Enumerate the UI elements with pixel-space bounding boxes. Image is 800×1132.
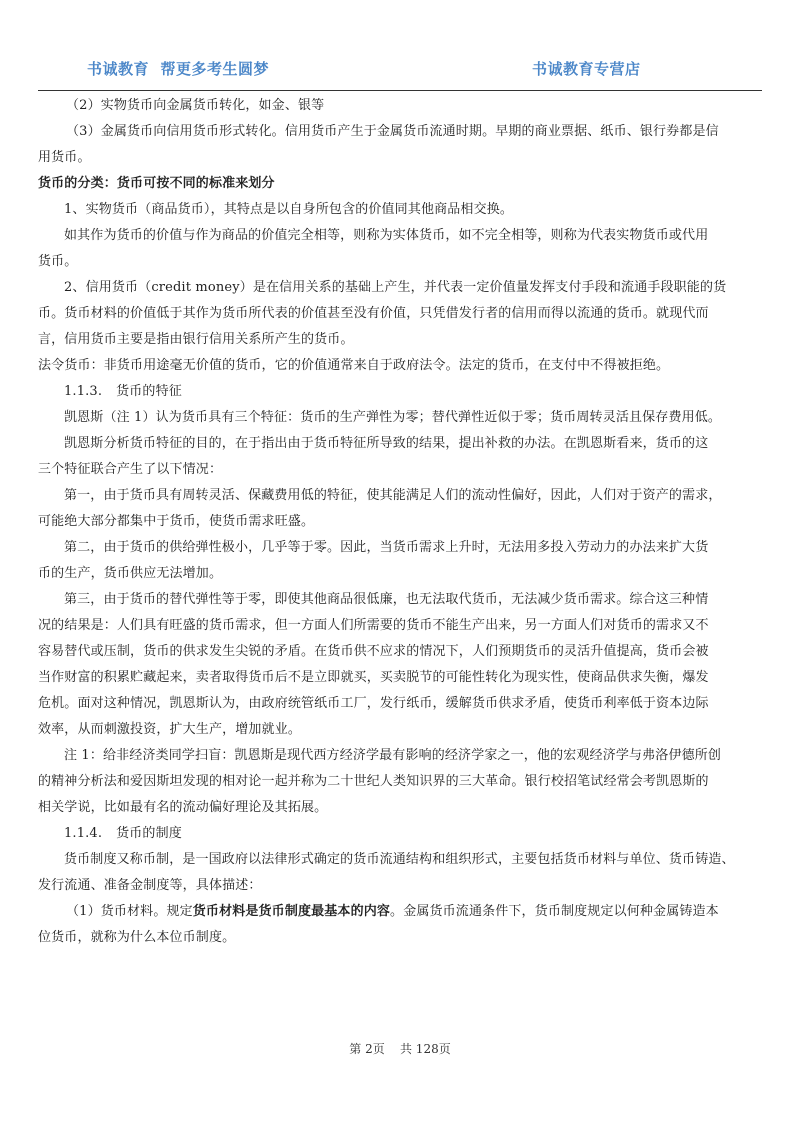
paragraph-note-1-line-3: 相关学说，比如最有名的流动偏好理论及其拓展。 [38, 795, 762, 821]
paragraph-first-line-2: 可能绝大部分都集中于货币，使货币需求旺盛。 [38, 509, 762, 535]
section-heading-1-1-4: 1.1.4.货币的制度 [38, 821, 762, 847]
section-title: 货币的制度 [116, 826, 182, 841]
section-number: 1.1.3. [64, 384, 102, 399]
paragraph-commodity-money: 1、实物货币（商品货币），其特点是以自身所包含的价值同其他商品相交换。 [38, 197, 762, 223]
paragraph-credit-conversion-line-1: （3）金属货币向信用货币形式转化。信用货币产生于金属货币流通时期。早期的商业票据… [38, 119, 762, 145]
header-slogan: 书诚教育 帮更多考生圆梦 [87, 58, 269, 79]
paragraph-third-line-2: 况的结果是：人们具有旺盛的货币需求，但一方面人们所需要的货币不能生产出来，另一方… [38, 613, 762, 639]
text-run: （1）货币材料。规定 [66, 904, 193, 919]
heading-money-classification: 货币的分类：货币可按不同的标准来划分 [38, 171, 762, 197]
page-header: 书诚教育 帮更多考生圆梦 书诚教育专营店 [38, 56, 762, 92]
paragraph-first-line-1: 第一，由于货币具有周转灵活、保藏费用低的特征，使其能满足人们的流动性偏好，因此，… [38, 483, 762, 509]
text-run: 。金属货币流通条件下，货币制度规定以何种金属铸造本 [390, 904, 719, 919]
paragraph-metal-conversion: （2）实物货币向金属货币转化，如金、银等 [38, 93, 762, 119]
paragraph-note-1-line-1: 注 1：给非经济类同学扫盲：凯恩斯是现代西方经济学最有影响的经济学家之一，他的宏… [38, 743, 762, 769]
paragraph-full-bodied-money-line-1: 如其作为货币的价值与作为商品的价值完全相等，则称为实体货币，如不完全相等，则称为… [38, 223, 762, 249]
paragraph-monetary-system-line-1: 货币制度又称币制，是一国政府以法律形式确定的货币流通结构和组织形式，主要包括货币… [38, 847, 762, 873]
paragraph-monetary-system-line-2: 发行流通、准备金制度等，具体描述： [38, 873, 762, 899]
document-body: （2）实物货币向金属货币转化，如金、银等 （3）金属货币向信用货币形式转化。信用… [38, 93, 762, 951]
paragraph-credit-conversion-line-2: 用货币。 [38, 145, 762, 171]
paragraph-third-line-6: 效率，从而刺激投资，扩大生产，增加就业。 [38, 717, 762, 743]
paragraph-credit-money-line-1: 2、信用货币（credit money）是在信用关系的基础上产生，并代表一定价值… [38, 275, 762, 301]
section-heading-1-1-3: 1.1.3.货币的特征 [38, 379, 762, 405]
paragraph-third-line-1: 第三，由于货币的替代弹性等于零，即使其他商品很低廉，也无法取代货币，无法减少货币… [38, 587, 762, 613]
header-store-name: 书诚教育专营店 [532, 58, 641, 79]
paragraph-keynes-features: 凯恩斯（注 1）认为货币具有三个特征：货币的生产弹性为零；替代弹性近似于零；货币… [38, 405, 762, 431]
paragraph-second-line-2: 币的生产，货币供应无法增加。 [38, 561, 762, 587]
page-number: 第 2页 共 128页 [349, 1042, 450, 1056]
section-title: 货币的特征 [116, 384, 182, 399]
paragraph-currency-material-line-2: 位货币，就称为什么本位币制度。 [38, 925, 762, 951]
paragraph-full-bodied-money-line-2: 货币。 [38, 249, 762, 275]
emphasized-text: 货币材料是货币制度最基本的内容 [193, 904, 390, 919]
paragraph-fiat-money: 法令货币：非货币用途毫无价值的货币，它的价值通常来自于政府法令。法定的货币，在支… [38, 353, 762, 379]
paragraph-keynes-purpose-line-2: 三个特征联合产生了以下情况： [38, 457, 762, 483]
paragraph-third-line-5: 危机。面对这种情况，凯恩斯认为，由政府统管纸币工厂，发行纸币，缓解货币供求矛盾，… [38, 691, 762, 717]
header-divider [38, 90, 762, 91]
paragraph-third-line-3: 容易替代或压制，货币的供求发生尖锐的矛盾。在货币供不应求的情况下，人们预期货币的… [38, 639, 762, 665]
paragraph-second-line-1: 第二，由于货币的供给弹性极小，几乎等于零。因此，当货币需求上升时，无法用多投入劳… [38, 535, 762, 561]
section-number: 1.1.4. [64, 826, 102, 841]
paragraph-credit-money-line-2: 币。货币材料的价值低于其作为货币所代表的价值甚至没有价值，只凭借发行者的信用而得… [38, 301, 762, 327]
paragraph-credit-money-line-3: 言，信用货币主要是指由银行信用关系所产生的货币。 [38, 327, 762, 353]
paragraph-currency-material-line-1: （1）货币材料。规定货币材料是货币制度最基本的内容。金属货币流通条件下，货币制度… [38, 899, 762, 925]
paragraph-keynes-purpose-line-1: 凯恩斯分析货币特征的目的，在于指出由于货币特征所导致的结果，提出补救的办法。在凯… [38, 431, 762, 457]
paragraph-third-line-4: 当作财富的积累贮藏起来，卖者取得货币后不是立即就买，买卖脱节的可能性转化为现实性… [38, 665, 762, 691]
page-footer: 第 2页 共 128页 [0, 1040, 800, 1057]
paragraph-note-1-line-2: 的精神分析法和爱因斯坦发现的相对论一起并称为二十世纪人类知识界的三大革命。银行校… [38, 769, 762, 795]
